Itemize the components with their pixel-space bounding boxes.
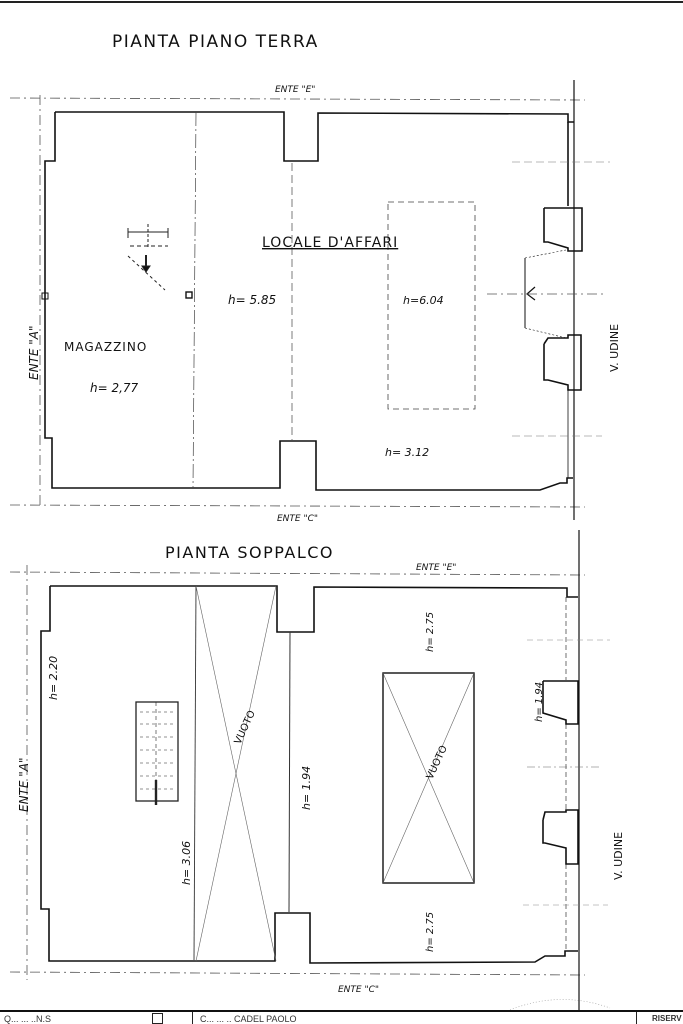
- title-block-middle-text: C... ... .. CADEL PAOLO: [200, 1014, 297, 1024]
- label-vuoto-central: VUOTO: [233, 709, 258, 746]
- label-via-udine-ground: V. UDINE: [608, 324, 621, 372]
- floor-plan-drawing: PIANTA PIANO TERRA ENTE "E" MAGAZZI: [0, 0, 683, 1024]
- stair-icon-mezzanine: [136, 702, 178, 805]
- title-block-divider-1: [192, 1012, 193, 1024]
- label-ente-a-mezzanine: ENTE "A": [17, 757, 31, 812]
- title-block-divider-2: [636, 1012, 637, 1024]
- mezzanine-title: PIANTA SOPPALCO: [165, 543, 334, 562]
- height-label-2-75-bottom: h= 2.75: [425, 912, 436, 952]
- label-ente-a-ground: ENTE "A": [27, 325, 41, 380]
- wall-south-west: [45, 112, 573, 490]
- facade-east-mezzanine: [543, 597, 578, 950]
- title-block-right-text: RISERV: [652, 1014, 682, 1023]
- property-line-south: [10, 505, 585, 507]
- height-label-1-94-center: h= 1.94: [300, 766, 313, 810]
- room-label-locale-affari: LOCALE D'AFFARI: [262, 235, 398, 251]
- height-label-6-04: h=6.04: [403, 294, 444, 307]
- mezzanine-plan: PIANTA SOPPALCO ENTE "E" VUOTO VUOTO: [10, 530, 625, 1010]
- height-label-2-75-top: h= 2.75: [425, 612, 436, 652]
- property-line-north-mz: [10, 572, 585, 575]
- height-label-3-12: h= 3.12: [385, 446, 429, 459]
- label-ente-c-ground: ENTE "C": [277, 514, 318, 524]
- height-label-3-06: h= 3.06: [180, 841, 193, 885]
- title-block-checkbox: [152, 1013, 163, 1024]
- label-ente-e-top: ENTE "E": [275, 85, 315, 95]
- height-label-2-20: h= 2.20: [47, 656, 60, 700]
- void-cross-central: [196, 586, 276, 961]
- stamp-fragment: [510, 999, 610, 1010]
- ground-floor-title: PIANTA PIANO TERRA: [112, 32, 319, 52]
- label-ente-e-mezzanine: ENTE "E": [416, 563, 456, 573]
- ground-floor-plan: PIANTA PIANO TERRA ENTE "E" MAGAZZI: [10, 32, 621, 524]
- height-label-magazzino: h= 2,77: [90, 381, 139, 395]
- partition-mz-2: [289, 632, 290, 912]
- height-label-5-85: h= 5.85: [228, 293, 276, 307]
- title-block: Q... ... ..N.S C... ... .. CADEL PAOLO R…: [0, 1010, 683, 1024]
- wall-north: [55, 112, 574, 161]
- property-line-south-mz: [10, 972, 585, 975]
- partition-mz-1: [194, 586, 196, 960]
- label-vuoto-large: VUOTO: [425, 744, 450, 781]
- room-label-magazzino: MAGAZZINO: [64, 340, 147, 354]
- stair-icon-ground: [128, 224, 168, 290]
- title-block-left-text: Q... ... ..N.S: [4, 1014, 51, 1024]
- wall-mezzanine-north: [50, 586, 578, 632]
- column-icon: [186, 292, 192, 298]
- label-ente-c-mezzanine: ENTE "C": [338, 985, 379, 995]
- property-line-north: [10, 98, 585, 100]
- partition-line-1: [193, 112, 196, 488]
- label-via-udine-mezzanine: V. UDINE: [612, 832, 625, 880]
